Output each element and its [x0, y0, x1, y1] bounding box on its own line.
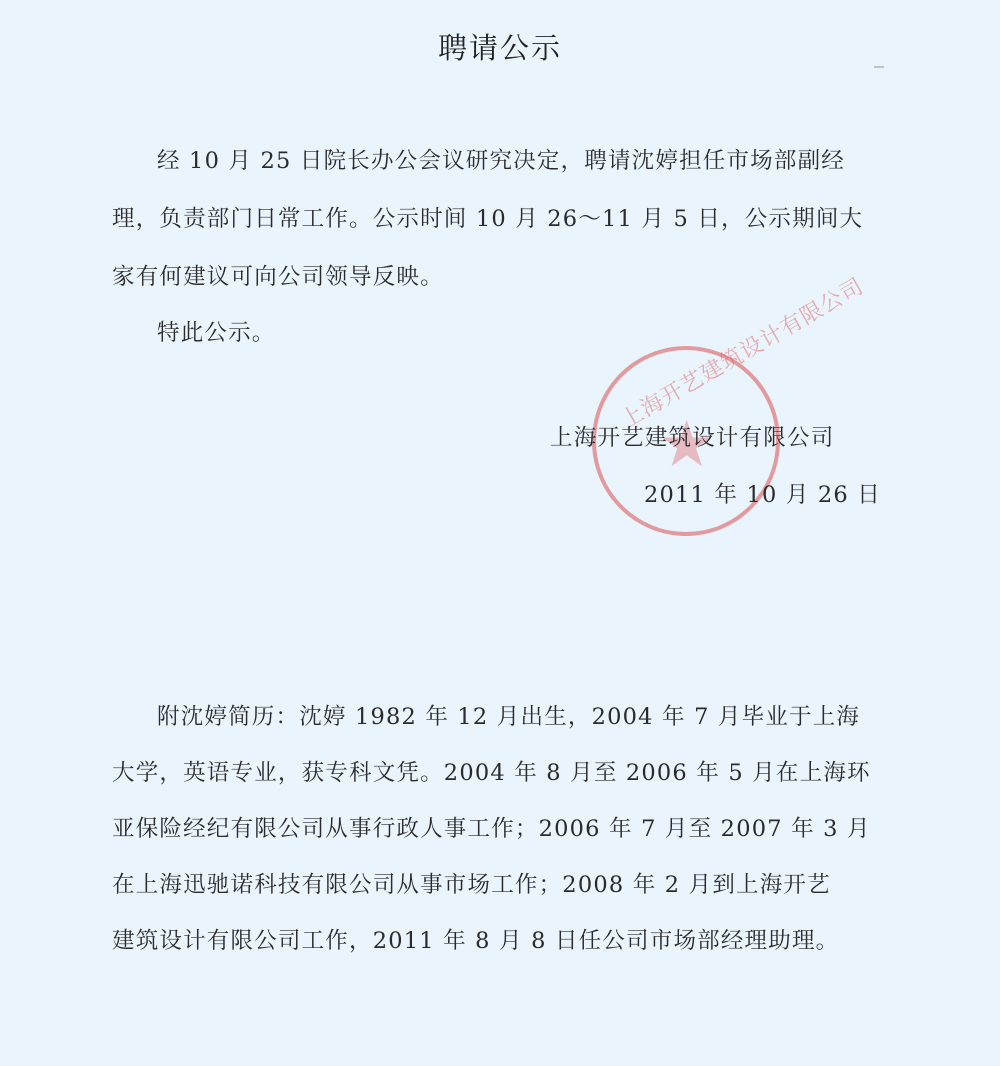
resume-line-3: 亚保险经纪有限公司从事行政人事工作；2006 年 7 月至 2007 年 3 月: [112, 814, 871, 844]
announcement-line-2: 理，负责部门日常工作。公示时间 10 月 26～11 月 5 日，公示期间大: [112, 204, 863, 234]
document-title: 聘请公示: [0, 26, 1000, 67]
signature-company: 上海开艺建筑设计有限公司: [550, 423, 834, 453]
signature-date: 2011 年 10 月 26 日: [644, 480, 881, 510]
resume-line-2: 大学，英语专业，获专科文凭。2004 年 8 月至 2006 年 5 月在上海环: [112, 758, 871, 788]
resume-line-4: 在上海迅驰诺科技有限公司从事市场工作；2008 年 2 月到上海开艺: [112, 870, 831, 900]
resume-line-5: 建筑设计有限公司工作，2011 年 8 月 8 日任公司市场部经理助理。: [112, 926, 839, 956]
closing-line: 特此公示。: [157, 318, 276, 348]
resume-line-1: 附沈婷简历：沈婷 1982 年 12 月出生，2004 年 7 月毕业于上海: [157, 702, 860, 732]
announcement-line-3: 家有何建议可向公司领导反映。: [112, 262, 444, 292]
announcement-line-1: 经 10 月 25 日院长办公会议研究决定，聘请沈婷担任市场部副经: [157, 146, 845, 176]
document-page: 聘请公示 经 10 月 25 日院长办公会议研究决定，聘请沈婷担任市场部副经 理…: [0, 0, 1000, 1066]
